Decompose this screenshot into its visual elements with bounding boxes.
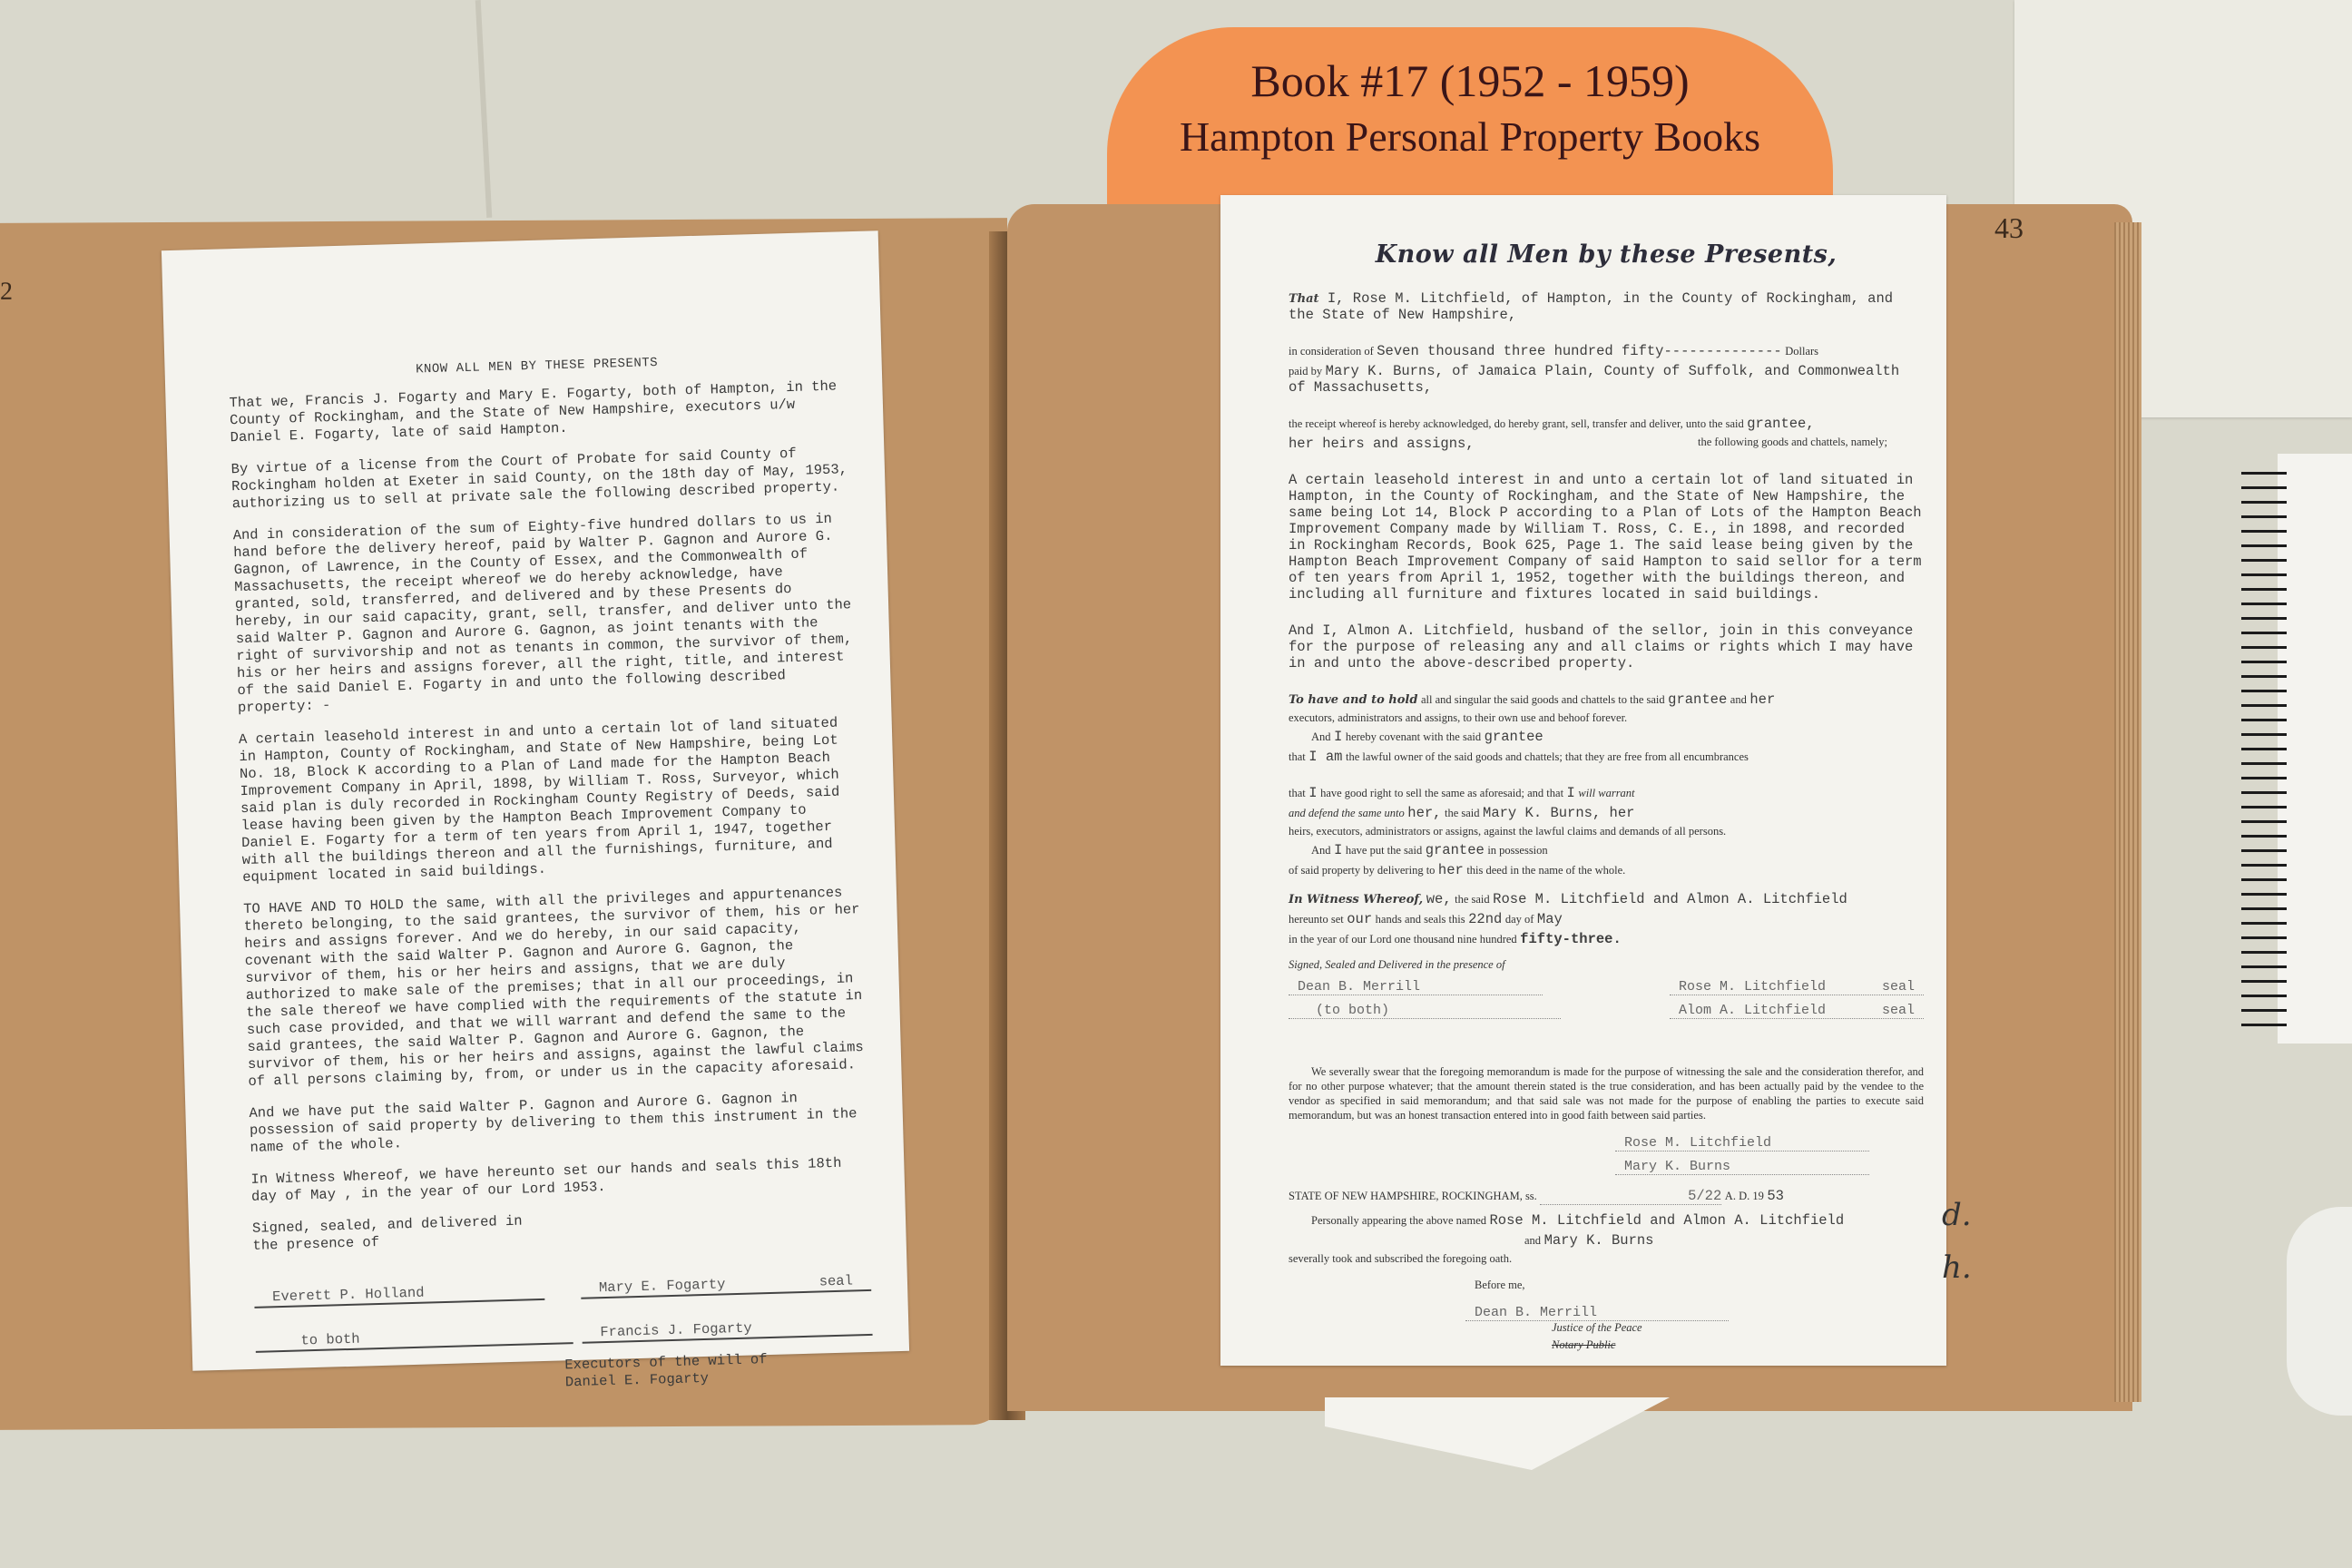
husband-release: And I, Almon A. Litchfield, husband of t… xyxy=(1289,622,1924,671)
left-deed-heading: KNOW ALL MEN BY THESE PRESENTS xyxy=(229,349,846,384)
habendum-clause: To have and to hold all and singular the… xyxy=(1289,691,1924,708)
right-bill-of-sale-document: Know all Men by these Presents, That I, … xyxy=(1220,195,1946,1366)
signer-signature-2: Francis J. Fogarty xyxy=(582,1317,872,1344)
spiral-notebook xyxy=(2278,454,2352,1044)
covenant-clause: And I hereby covenant with the said gran… xyxy=(1289,729,1924,745)
witness-signature-1: Everett P. Holland xyxy=(254,1281,544,1308)
left-deed-para-6: And we have put the said Walter P. Gagno… xyxy=(249,1088,867,1157)
right-witness-1: Dean B. Merrill xyxy=(1289,979,1543,995)
open-book: 2 43 KNOW ALL MEN BY THESE PRESENTS That… xyxy=(0,204,2141,1434)
coffee-mug xyxy=(2287,1207,2352,1416)
oath-paragraph: We severally swear that the foregoing me… xyxy=(1289,1064,1924,1122)
oath-signer-1: Rose M. Litchfield xyxy=(1615,1135,1869,1151)
book-label-subtitle: Hampton Personal Property Books xyxy=(1107,113,1833,161)
right-signer-2: Alom A. Litchfield seal xyxy=(1670,1003,1924,1019)
executors-clause: executors, administrators and assigns, t… xyxy=(1289,711,1924,725)
year-clause: in the year of our Lord one thousand nin… xyxy=(1289,931,1924,947)
left-deed-document: KNOW ALL MEN BY THESE PRESENTS That we, … xyxy=(162,230,909,1371)
hereunto-clause: hereunto set our hands and seals this 22… xyxy=(1289,911,1924,927)
before-me-label: Before me, xyxy=(1289,1279,1924,1292)
oath-signer-2: Mary K. Burns xyxy=(1615,1159,1869,1175)
witness-clause: In Witness Whereof, we, the said Rose M.… xyxy=(1289,891,1924,907)
delivering-clause: of said property by delivering to her th… xyxy=(1289,862,1924,878)
right-doc-heading: Know all Men by these Presents, xyxy=(1289,240,1924,269)
right-signer-1: Rose M. Litchfield seal xyxy=(1670,979,1924,995)
notary-struck: Notary Public xyxy=(1289,1338,1924,1352)
appearing-line: Personally appearing the above named Ros… xyxy=(1289,1212,1924,1229)
left-deed-para-2: By virtue of a license from the Court of… xyxy=(230,444,848,513)
desk-seam xyxy=(475,0,493,218)
owner-clause: that I am the lawful owner of the said g… xyxy=(1289,749,1924,765)
signed-sealed-label: Signed, Sealed and Delivered in the pres… xyxy=(1289,958,1924,972)
justice-signature: Dean B. Merrill xyxy=(1465,1305,1729,1321)
left-deed-para-1: That we, Francis J. Fogarty and Mary E. … xyxy=(229,377,847,446)
right-signature-row-2: (to both) Alom A. Litchfield seal xyxy=(1289,1003,1924,1019)
notebook-spiral xyxy=(2241,472,2287,1034)
right-witness-2: (to both) xyxy=(1289,1003,1561,1019)
left-deed-signed-clause: Signed, sealed, and delivered in the pre… xyxy=(252,1203,870,1255)
page-edges xyxy=(2114,222,2141,1402)
property-description: A certain leasehold interest in and unto… xyxy=(1289,472,1924,603)
loose-paper-scrap xyxy=(1325,1397,1670,1470)
oath-signatures: Rose M. Litchfield Mary K. Burns xyxy=(1615,1135,1924,1175)
appearing-line-2: and Mary K. Burns xyxy=(1289,1232,1924,1249)
good-right-clause: that I have good right to sell the same … xyxy=(1289,785,1924,801)
left-deed-witness-clause: In Witness Whereof, we have hereunto set… xyxy=(250,1154,868,1206)
consideration-clause: in consideration of Seven thousand three… xyxy=(1289,343,1924,359)
signature-row-1: Everett P. Holland Mary E. Fogarty seal xyxy=(254,1272,871,1308)
subscribed-line: severally took and subscribed the forego… xyxy=(1289,1252,1924,1266)
justice-title: Justice of the Peace xyxy=(1289,1321,1924,1335)
right-page-number: 43 xyxy=(1994,211,2024,245)
paid-by-clause: paid by Mary K. Burns, of Jamaica Plain,… xyxy=(1289,363,1924,396)
heirs-clause: her heirs and assigns, the following goo… xyxy=(1289,436,1924,452)
left-deed-para-5: TO HAVE AND TO HOLD the same, with all t… xyxy=(243,884,866,1091)
left-page-number: 2 xyxy=(0,278,13,307)
heirs-claims-clause: heirs, executors, administrators or assi… xyxy=(1289,825,1924,838)
right-signature-row-1: Dean B. Merrill Rose M. Litchfield seal xyxy=(1289,979,1924,995)
left-deed-para-4: A certain leasehold interest in and unto… xyxy=(239,714,860,887)
possession-clause: And I have put the said grantee in posse… xyxy=(1289,842,1924,858)
intro-clause: That I, Rose M. Litchfield, of Hampton, … xyxy=(1289,290,1924,323)
witness-signature-2: to both xyxy=(255,1325,573,1353)
receipt-clause: the receipt whereof is hereby acknowledg… xyxy=(1289,416,1924,432)
signer-name-1: Mary E. Fogarty xyxy=(599,1276,726,1296)
left-deed-para-3: And in consideration of the sum of Eight… xyxy=(232,510,855,717)
book-label-title: Book #17 (1952 - 1959) xyxy=(1107,54,1833,107)
seal-label-1: seal xyxy=(818,1272,871,1291)
state-line: STATE OF NEW HAMPSHIRE, ROCKINGHAM, ss. … xyxy=(1289,1188,1924,1205)
handwritten-notes: d. h. xyxy=(1942,1189,1972,1294)
defend-clause: and defend the same unto her, the said M… xyxy=(1289,805,1924,821)
signer-signature-1: Mary E. Fogarty seal xyxy=(581,1272,871,1299)
signature-row-2: to both Francis J. Fogarty xyxy=(255,1317,872,1353)
